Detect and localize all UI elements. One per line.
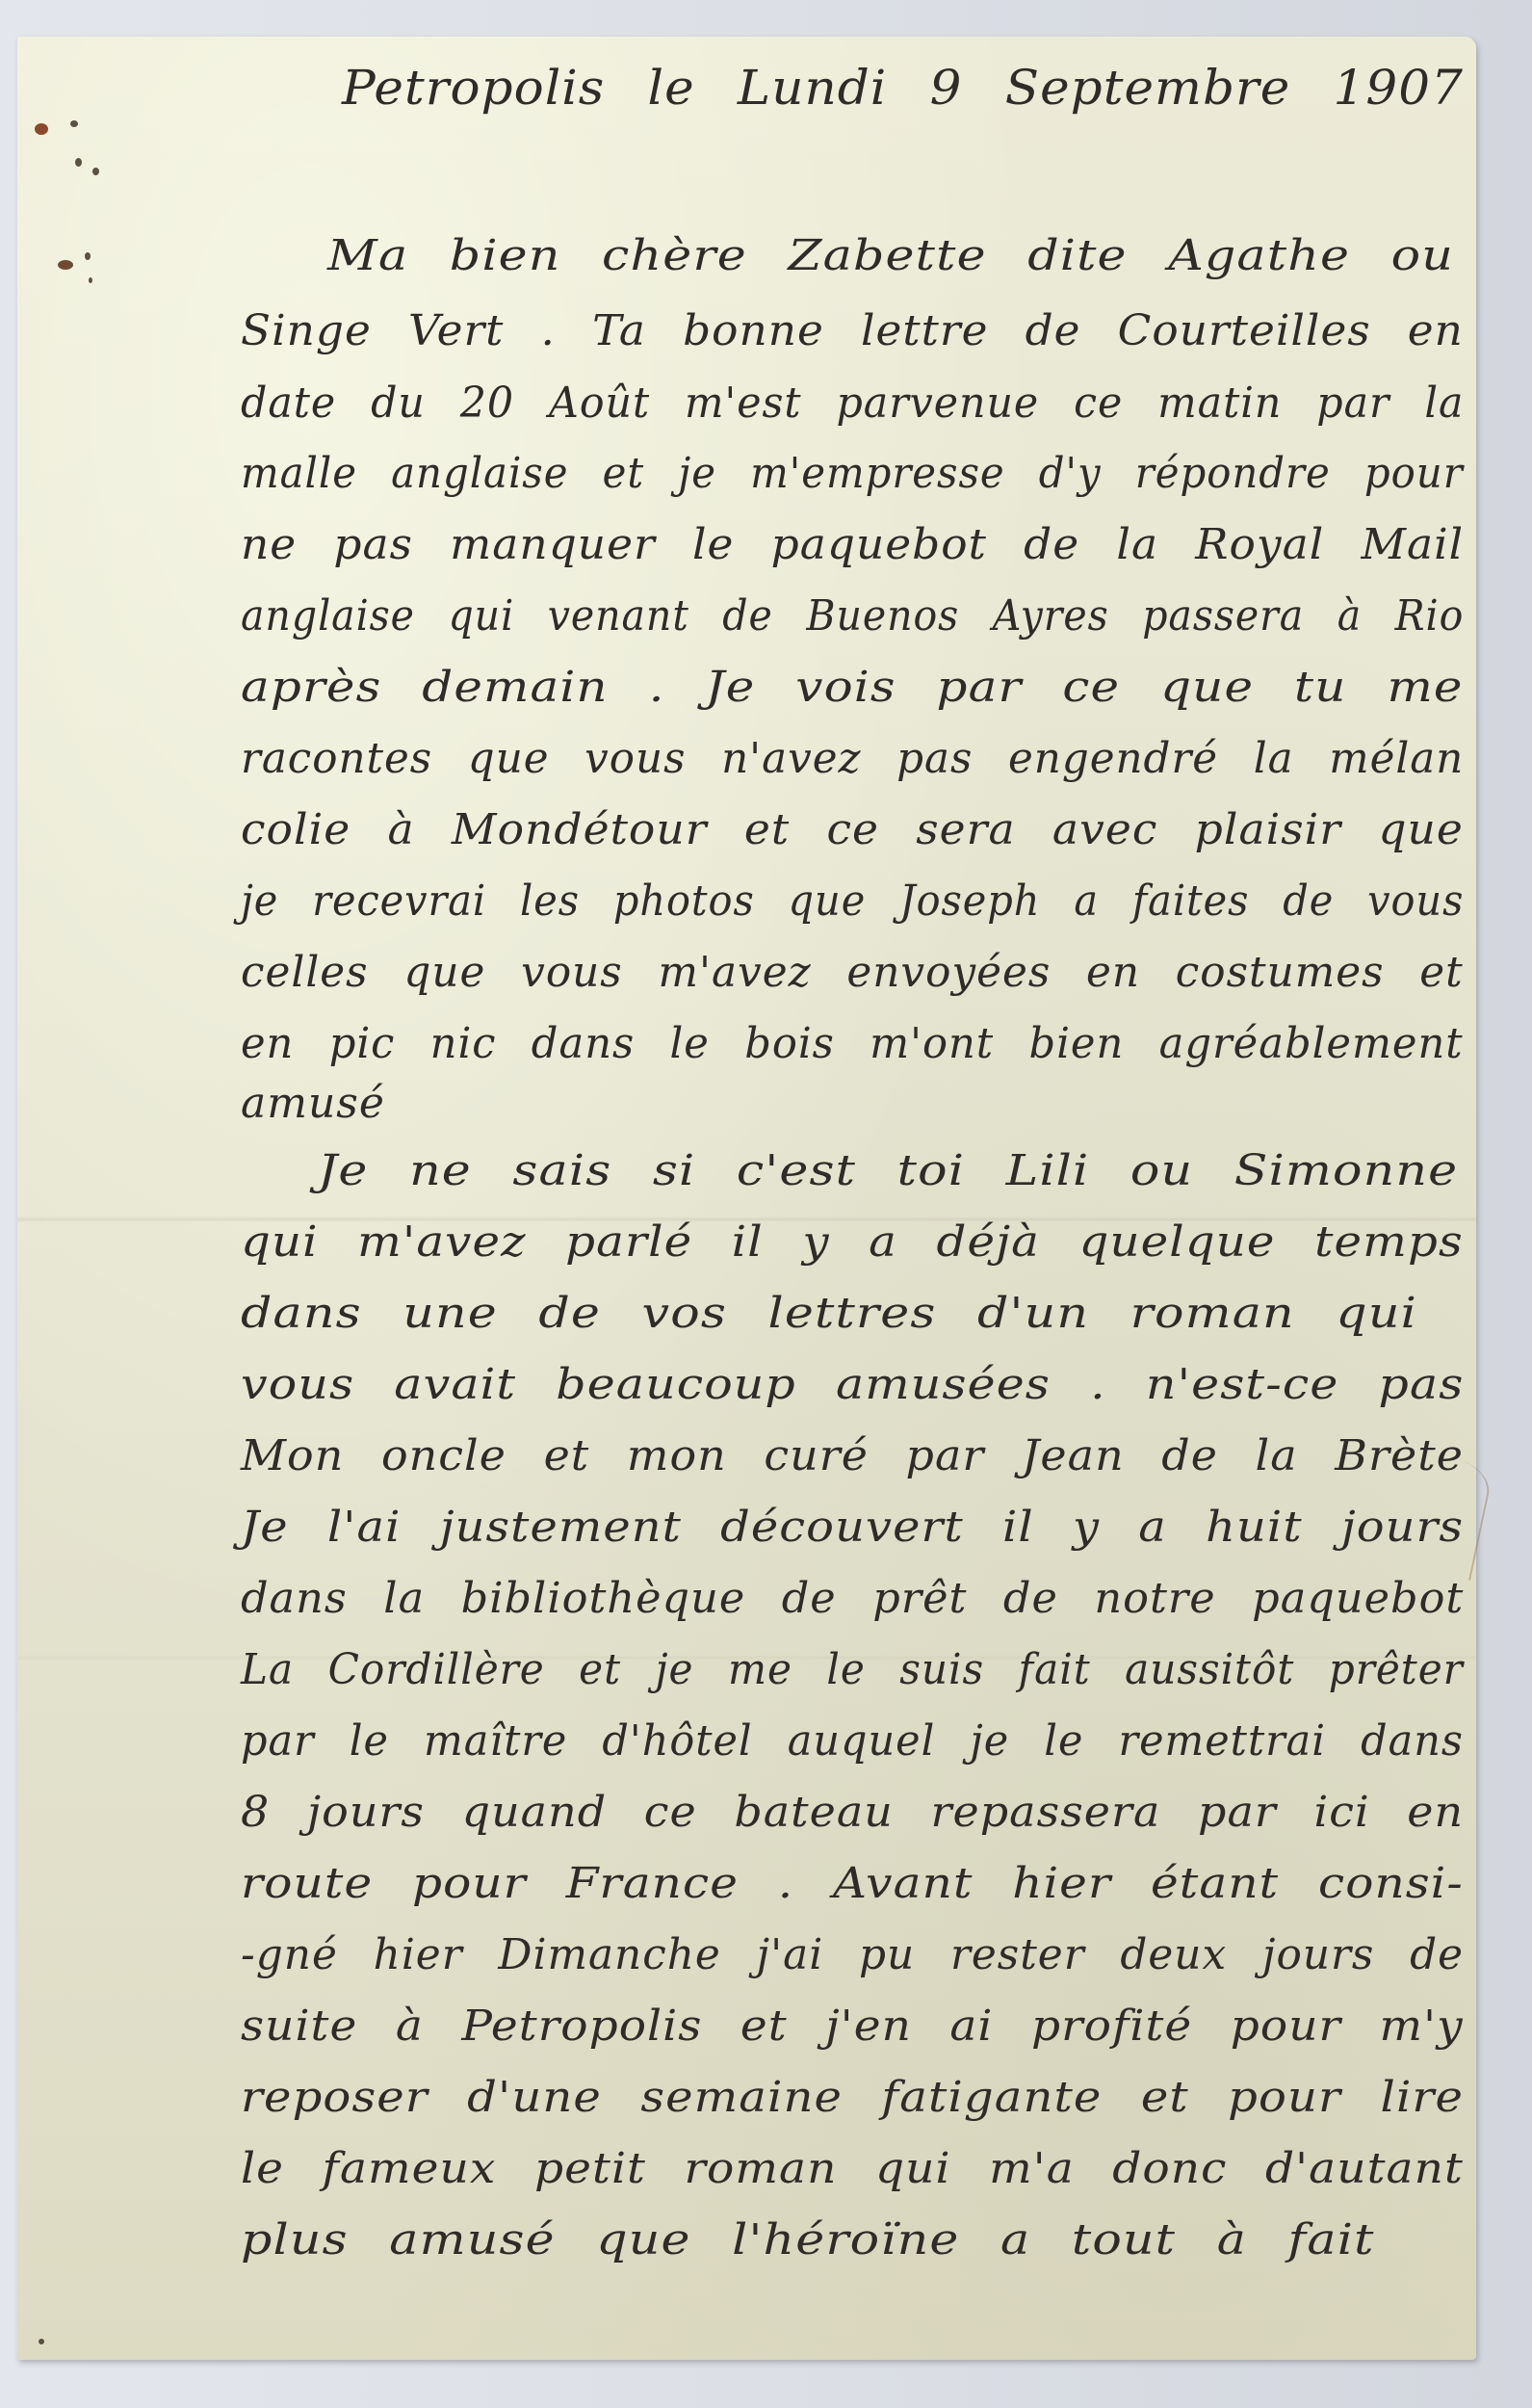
punch-hole-mark: [75, 158, 82, 167]
letter-line: route pour France . Avant hier étant con…: [241, 1859, 1464, 1908]
punch-hole-mark: [70, 120, 78, 127]
letter-dateline: Petropolis le Lundi 9 Septembre 1907: [342, 60, 1464, 116]
letter-line: en pic nic dans le bois m'ont bien agréa…: [241, 1019, 1464, 1068]
letter-line: celles que vous m'avez envoyées en costu…: [241, 948, 1464, 997]
ink-dot-mark: [39, 2339, 44, 2344]
punch-hole-mark: [85, 252, 91, 260]
letter-line: Ma bien chère Zabette dite Agathe ou: [327, 231, 1454, 280]
letter-line: colie à Mondétour et ce sera avec plaisi…: [241, 805, 1464, 854]
letter-line: vous avait beaucoup amusées . n'est-ce p…: [241, 1360, 1465, 1409]
letter-line: Mon oncle et mon curé par Jean de la Brè…: [241, 1431, 1464, 1480]
letter-line: qui m'avez parlé il y a déjà quelque tem…: [241, 1217, 1464, 1267]
letter-line: -gné hier Dimanche j'ai pu rester deux j…: [241, 1930, 1464, 1979]
letter-line: par le maître d'hôtel auquel je le remet…: [241, 1716, 1464, 1766]
letter-line: le fameux petit roman qui m'a donc d'aut…: [241, 2144, 1464, 2193]
rust-stain-mark: [58, 260, 73, 270]
rust-stain-mark: [35, 123, 48, 135]
letter-line: malle anglaise et je m'empresse d'y répo…: [241, 449, 1464, 498]
letter-line: reposer d'une semaine fatigante et pour …: [241, 2073, 1464, 2122]
letter-line: Singe Vert . Ta bonne lettre de Courteil…: [241, 306, 1464, 355]
letter-line: suite à Petropolis et j'en ai profité po…: [241, 2002, 1464, 2051]
letter-line: amusé: [241, 1079, 385, 1128]
letter-line: dans la bibliothèque de prêt de notre pa…: [241, 1574, 1464, 1623]
letter-line: je recevrai les photos que Joseph a fait…: [241, 877, 1464, 926]
punch-hole-mark: [92, 168, 99, 175]
letter-line: racontes que vous n'avez pas engendré la…: [241, 734, 1464, 783]
punch-hole-mark: [89, 277, 92, 283]
letter-line: ne pas manquer le paquebot de la Royal M…: [241, 520, 1464, 569]
letter-line: 8 jours quand ce bateau repassera par ic…: [241, 1788, 1464, 1837]
letter-line: après demain . Je vois par ce que tu me: [241, 663, 1464, 712]
letter-line: dans une de vos lettres d'un roman qui: [241, 1289, 1417, 1338]
letter-line: La Cordillère et je me le suis fait auss…: [241, 1645, 1464, 1694]
letter-line: Je ne sais si c'est toi Lili ou Simonne: [318, 1146, 1458, 1195]
letter-line: anglaise qui venant de Buenos Ayres pass…: [241, 591, 1464, 641]
letter-line: plus amusé que l'héroïne a tout à fait: [241, 2215, 1375, 2264]
letter-line: Je l'ai justement découvert il y a huit …: [241, 1503, 1464, 1552]
letter-line: date du 20 Août m'est parvenue ce matin …: [241, 379, 1464, 428]
